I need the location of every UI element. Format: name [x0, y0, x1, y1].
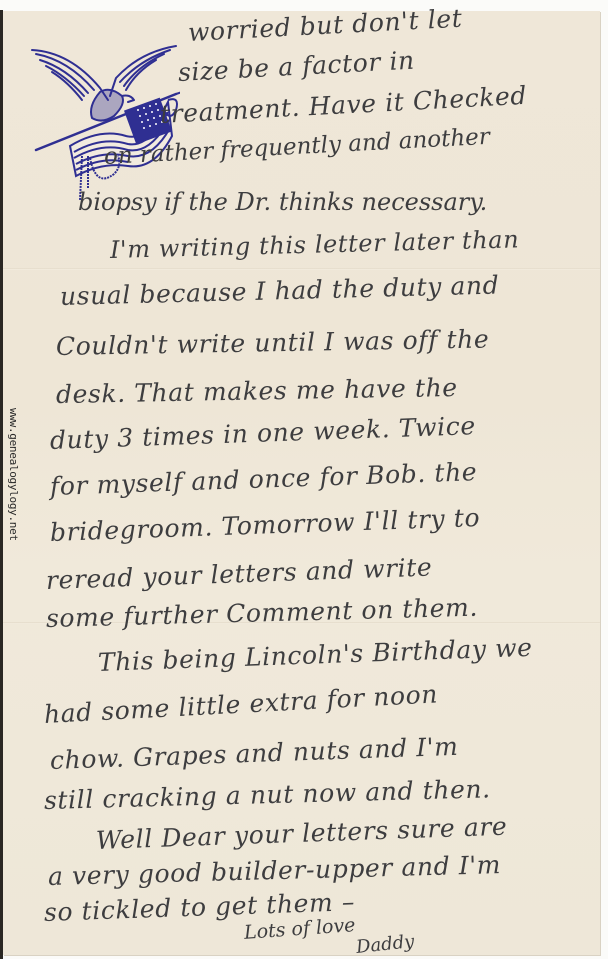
watermark-url: www.genealogylogy.net [4, 408, 20, 588]
letter-line: biopsy if the Dr. thinks necessary. [78, 188, 487, 216]
eagle-flag-emblem-icon [30, 38, 180, 203]
scanned-letter-page: www.genealogylogy.net worried but don't … [0, 0, 608, 959]
paper-fold-line [3, 268, 600, 270]
